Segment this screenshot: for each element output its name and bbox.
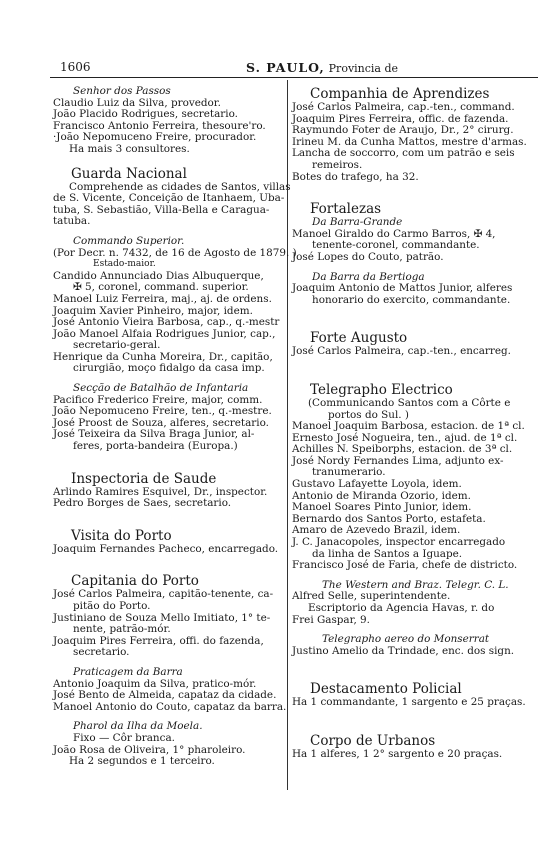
section-heading: Companhia de Aprendizes bbox=[292, 86, 528, 102]
subheading: Commando Superior. bbox=[53, 236, 283, 248]
section-heading: Fortalezas bbox=[292, 201, 528, 217]
entry: secretario. bbox=[53, 647, 283, 659]
entry: cirurgião, moço fidalgo da casa imp. bbox=[53, 363, 283, 375]
entry: pitão do Porto. bbox=[53, 601, 283, 613]
entry: José Lopes do Couto, patrão. bbox=[292, 252, 528, 264]
entry: José Carlos Palmeira, cap.-ten., encarre… bbox=[292, 346, 528, 358]
section-corpo-de-urbanos: Corpo de Urbanos Ha 1 alferes, 1 2° sarg… bbox=[292, 733, 528, 761]
page-header: 1606 S. PAULO, Provincia de bbox=[50, 60, 538, 78]
entry: Manoel Joaquim Barbosa, estacion. de 1ª … bbox=[292, 421, 528, 433]
estado-maior-label: Estado-maior. bbox=[53, 259, 283, 271]
entry: remeiros. bbox=[292, 160, 528, 172]
decree-line: (Por Decr. n. 7432, de 16 de Agosto de 1… bbox=[53, 248, 283, 260]
entry: feres, porta-bandeira (Europa.) bbox=[53, 441, 283, 453]
header-rule bbox=[50, 77, 538, 78]
subheading: Da Barra-Grande bbox=[292, 217, 528, 229]
entry: José Carlos Palmeira, cap.-ten., command… bbox=[292, 102, 528, 114]
intro-line: de S. Vicente, Conceição de Itanhaem, Ub… bbox=[53, 193, 283, 205]
page-number: 1606 bbox=[60, 60, 91, 74]
section-fortalezas: Fortalezas Da Barra-Grande Manoel Girald… bbox=[292, 201, 528, 306]
entry: Fixo — Côr branca. bbox=[53, 733, 283, 745]
entry: Ha 1 commandante, 1 sargento e 25 praças… bbox=[292, 697, 528, 709]
entry: Pedro Borges de Saes, secretario. bbox=[53, 498, 283, 510]
subheading: Praticagem da Barra bbox=[53, 667, 283, 679]
running-title-bold: S. PAULO, bbox=[246, 60, 325, 75]
section-companhia-de-aprendizes: Companhia de Aprendizes José Carlos Palm… bbox=[292, 86, 528, 183]
scanned-page: 1606 S. PAULO, Provincia de Senhor dos P… bbox=[0, 0, 550, 843]
section-forte-augusto: Forte Augusto José Carlos Palmeira, cap.… bbox=[292, 330, 528, 358]
entry: honorario do exercito, commandante. bbox=[292, 295, 528, 307]
entry: Joaquim Antonio de Mattos Junior, alfere… bbox=[292, 283, 528, 295]
entry: Ha 1 alferes, 1 2° sargento e 20 praças. bbox=[292, 749, 528, 761]
entry: Ha mais 3 consultores. bbox=[53, 144, 283, 156]
left-column: Senhor dos Passos Claudio Luiz da Silva,… bbox=[53, 86, 283, 768]
entry: Joaquim Fernandes Pacheco, encarregado. bbox=[53, 544, 283, 556]
entry: Manoel Antonio do Couto, capataz da barr… bbox=[53, 702, 283, 714]
section-heading: Telegrapho Electrico bbox=[292, 382, 528, 398]
right-column: Companhia de Aprendizes José Carlos Palm… bbox=[292, 86, 528, 761]
entry: Ha 2 segundos e 1 terceiro. bbox=[53, 756, 283, 768]
section-telegrapho-electrico: Telegrapho Electrico (Communicando Santo… bbox=[292, 382, 528, 657]
subheading: Senhor dos Passos bbox=[53, 86, 283, 98]
section-guarda-nacional: Guarda Nacional Comprehende as cidades d… bbox=[53, 166, 283, 453]
section-visita-do-porto: Visita do Porto Joaquim Fernandes Pachec… bbox=[53, 528, 283, 556]
entry: J. C. Janacopoles, inspector encarregado bbox=[292, 537, 528, 549]
section-heading: Guarda Nacional bbox=[53, 166, 283, 182]
section-heading: Destacamento Policial bbox=[292, 681, 528, 697]
section-capitania-do-porto: Capitania do Porto José Carlos Palmeira,… bbox=[53, 573, 283, 767]
entry: Francisco José de Faria, chefe de distri… bbox=[292, 560, 528, 572]
entry: José Bento de Almeida, capataz da cidade… bbox=[53, 690, 283, 702]
intro-line: (Communicando Santos com a Côrte e bbox=[292, 398, 528, 410]
entry: Escriptorio da Agencia Havas, r. do bbox=[292, 603, 528, 615]
section-heading: Inspectoria de Saude bbox=[53, 471, 283, 487]
section-heading: Visita do Porto bbox=[53, 528, 283, 544]
entry: Justino Amelio da Trindade, enc. dos sig… bbox=[292, 646, 528, 658]
entry: Gustavo Lafayette Loyola, idem. bbox=[292, 479, 528, 491]
entry: Manoel Luiz Ferreira, maj., aj. de orden… bbox=[53, 294, 283, 306]
intro-line: tatuba. bbox=[53, 216, 283, 228]
subheading: Secção de Batalhão de Infantaria bbox=[53, 383, 283, 395]
running-title-rest: Provincia de bbox=[329, 62, 398, 75]
section-heading: Corpo de Urbanos bbox=[292, 733, 528, 749]
section-inspectoria-de-saude: Inspectoria de Saude Arlindo Ramires Esq… bbox=[53, 471, 283, 510]
section-senhor-dos-passos: Senhor dos Passos Claudio Luiz da Silva,… bbox=[53, 86, 283, 156]
section-heading: Forte Augusto bbox=[292, 330, 528, 346]
running-title: S. PAULO, Provincia de bbox=[246, 60, 398, 75]
section-heading: Capitania do Porto bbox=[53, 573, 283, 589]
entry: José Antonio Vieira Barbosa, cap., q.-me… bbox=[53, 317, 283, 329]
section-destacamento-policial: Destacamento Policial Ha 1 commandante, … bbox=[292, 681, 528, 709]
entry: Frei Gaspar, 9. bbox=[292, 615, 528, 627]
entry: Botes do trafego, ha 32. bbox=[292, 172, 528, 184]
